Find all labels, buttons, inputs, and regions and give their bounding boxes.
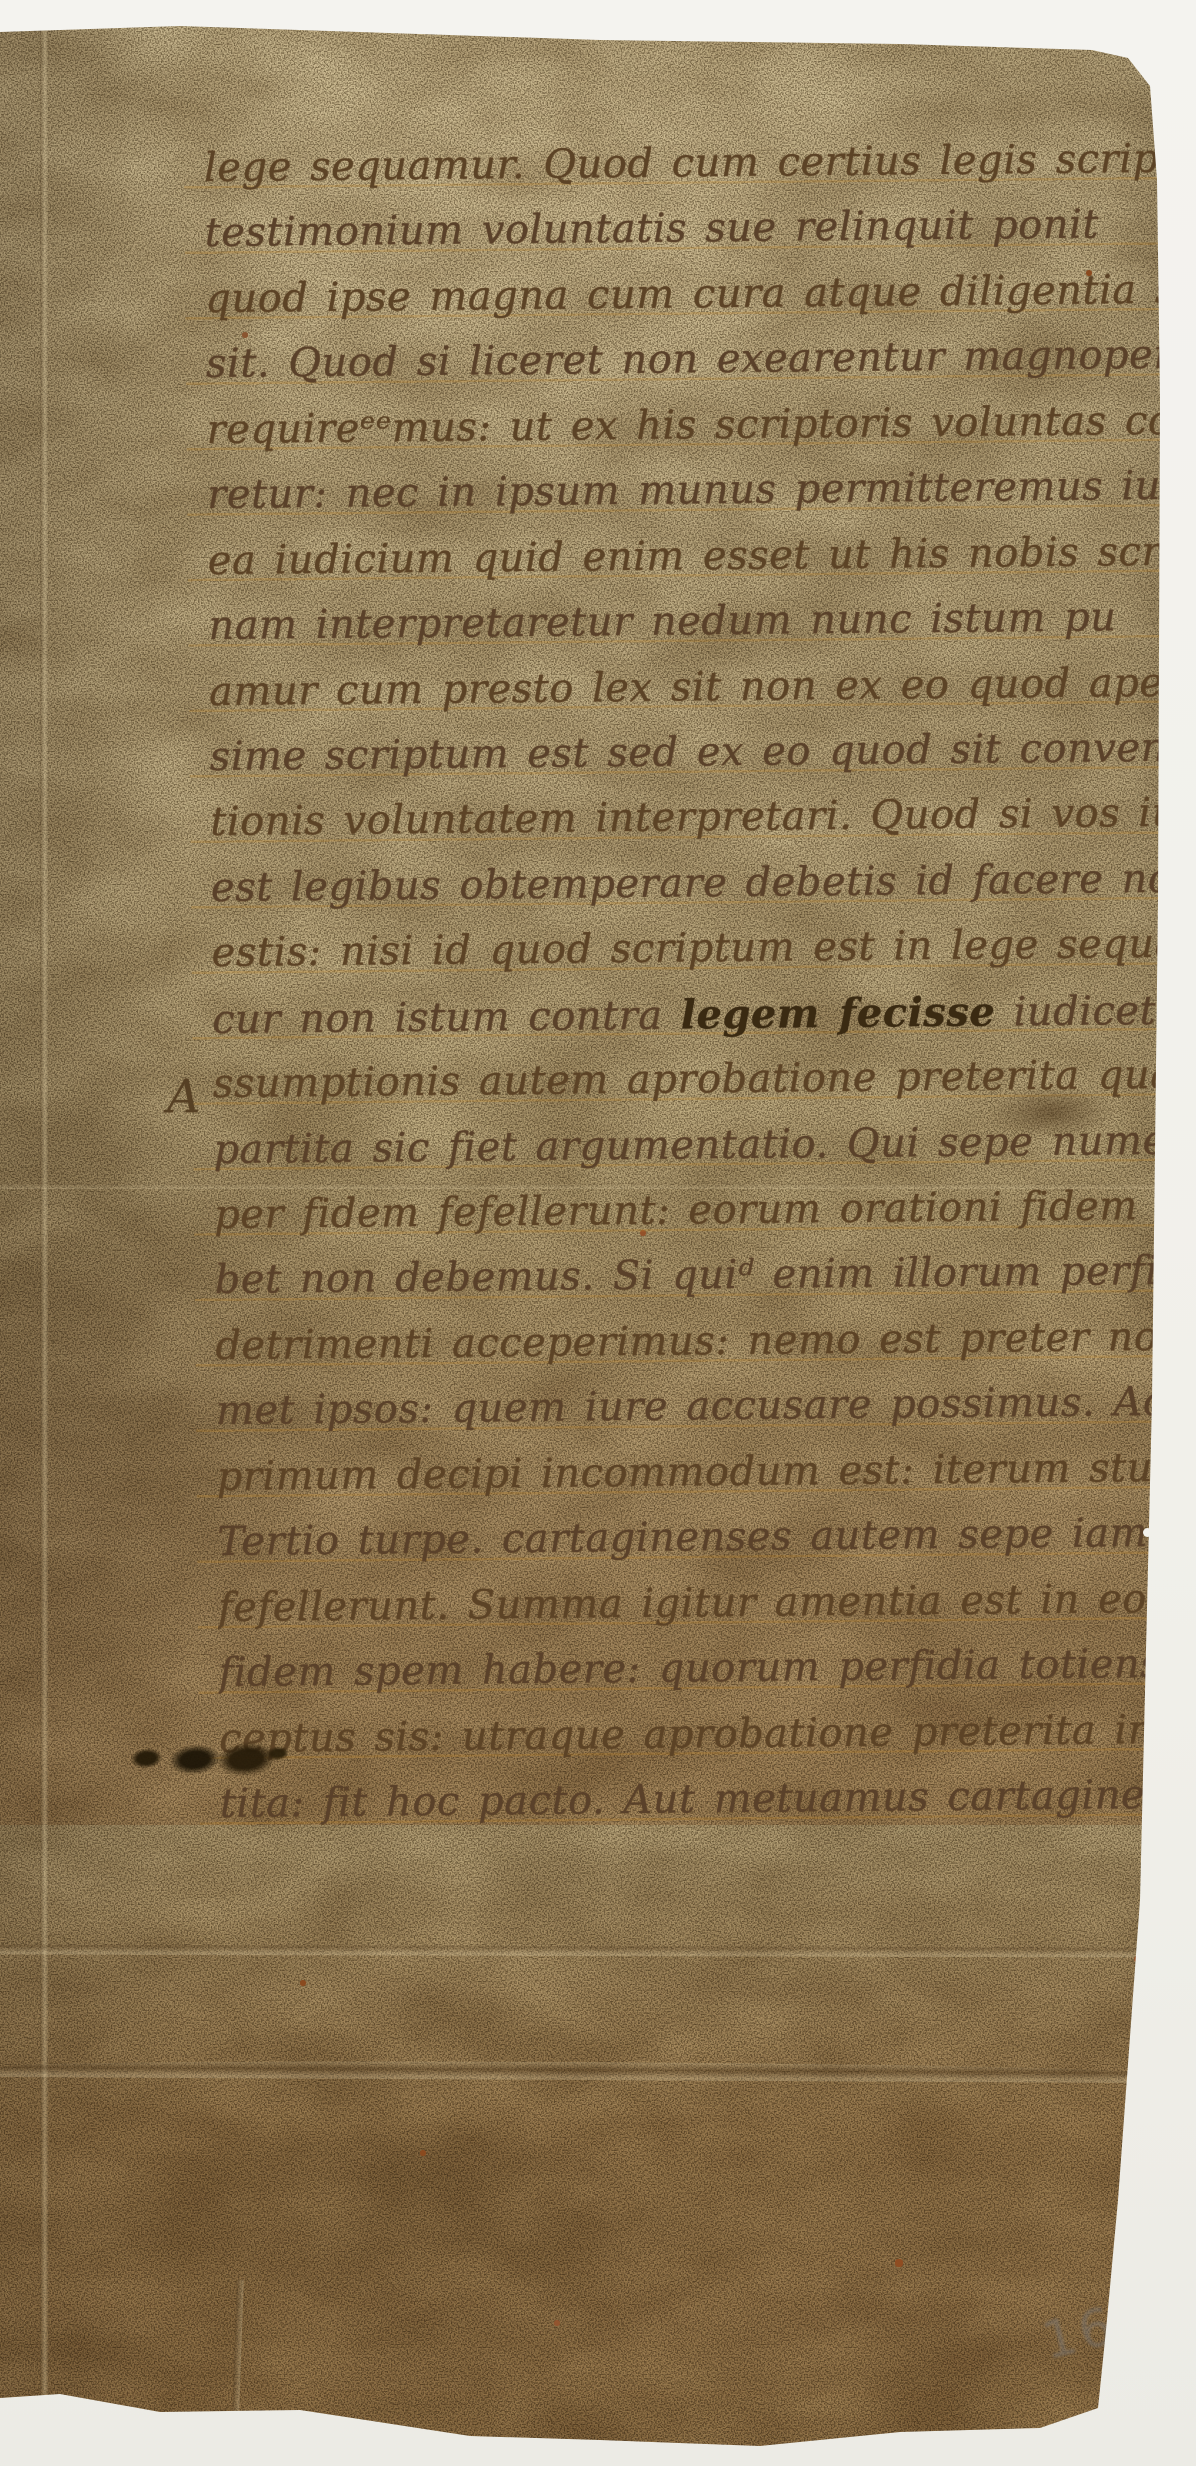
- text-line: est legibus obtemperare debetis id facer…: [211, 846, 1196, 921]
- text-line: ceptus sis: utraque aprobatione preterit…: [219, 1697, 1196, 1772]
- text-line: fefellerunt. Summa igitur amentia est in…: [218, 1566, 1196, 1641]
- text-line: detrimenti acceperimus: nemo est preter …: [215, 1304, 1196, 1379]
- edge-notch-hole: [1143, 1528, 1152, 1537]
- text-line: per fidem fefellerunt: eorum orationi fi…: [214, 1174, 1196, 1249]
- text-line: fidem spem habere: quorum perfidia totie…: [218, 1632, 1196, 1707]
- text-block: lege sequamur. Quod cum certius legis sc…: [204, 127, 1196, 1838]
- parchment-page: A lege sequamur. Quod cum certius legis …: [0, 0, 1196, 2466]
- emphasized-words: legem fecisse: [681, 988, 996, 1038]
- text-line: retur: nec in ipsum munus permitteremus …: [207, 454, 1192, 529]
- writing-area: A lege sequamur. Quod cum certius legis …: [0, 0, 1196, 2466]
- text-segment: cur non istum contra: [212, 992, 681, 1042]
- text-line: sit. Quod si liceret non exearentur magn…: [206, 323, 1191, 398]
- text-line: sime scriptum est sed ex eo quod sit con…: [209, 715, 1194, 790]
- text-line: tita: fit hoc pacto. Aut metuamus cartag…: [219, 1762, 1196, 1837]
- text-line: quod ipse magna cum cura atque diligenti…: [205, 257, 1190, 332]
- photo-backdrop: A lege sequamur. Quod cum certius legis …: [0, 0, 1196, 2466]
- text-segment: iudicet: [995, 988, 1156, 1036]
- text-line: Tertio turpe. cartaginenses autem sepe i…: [217, 1501, 1196, 1576]
- text-line: requireᵉᵉmus: ut ex his scriptoris volun…: [206, 388, 1191, 463]
- text-line: testimonium voluntatis sue relinquit pon…: [204, 192, 1189, 267]
- text-line: lege sequamur. Quod cum certius legis sc…: [204, 127, 1189, 202]
- text-line: primum decipi incommodum est: iterum stu…: [216, 1435, 1196, 1510]
- rust-spots: [0, 0, 2, 2]
- text-line: cur non istum contra legem fecisse iudic…: [212, 977, 1196, 1052]
- text-line: met ipsos: quem iure accusare possimus. …: [216, 1370, 1196, 1445]
- margin-initial: A: [167, 1064, 201, 1129]
- text-line: tionis voluntatem interpretari. Quod si …: [210, 781, 1195, 856]
- text-line: ea iudicium quid enim esset ut his nobis…: [207, 519, 1192, 594]
- text-line: bet non debemus. Si quiᵈ enim illorum pe…: [214, 1239, 1196, 1314]
- text-line: nam interpretaretur nedum nunc istum pu: [208, 585, 1193, 660]
- text-line: estis: nisi id quod scriptum est in lege…: [211, 912, 1196, 987]
- text-line: amur cum presto lex sit non ex eo quod a…: [209, 650, 1194, 725]
